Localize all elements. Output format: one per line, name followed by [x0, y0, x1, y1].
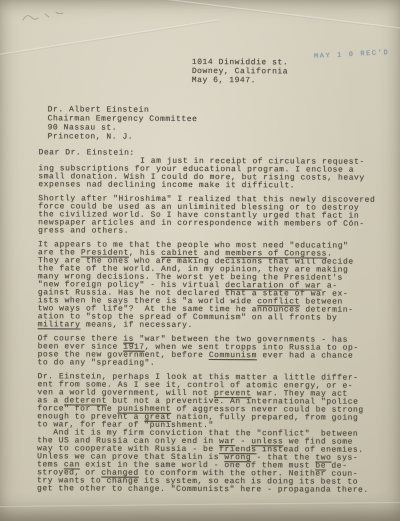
recipient-address-block: Dr. Albert EinsteinChairman Emergency Co…: [48, 105, 198, 142]
letter-content: 1014 Dinwiddie st.Downey, CaliforniaMay …: [0, 0, 400, 521]
paragraph-3: It appears to me that the people who mos…: [38, 241, 378, 330]
letter-page: MAY 1 0 REC'D 1014 Dinwiddie st.Downey, …: [0, 0, 400, 521]
sender-date-block: 1014 Dinwiddie st.Downey, CaliforniaMay …: [192, 58, 288, 85]
paragraph-6: And it is my firm conviction that the "c…: [37, 429, 377, 494]
paragraph-5: Dr. Einstein, perhaps I look at this mat…: [37, 373, 377, 430]
paragraph-2: Shortly after "Hiroshima" I realized tha…: [38, 195, 378, 236]
paragraph-4: Of course there is "war" between the two…: [38, 335, 378, 368]
letter-body: Dear Dr. Einstein: I am just in receipt …: [37, 149, 378, 494]
paragraph-1: I am just in receipt of circulars reques…: [38, 157, 378, 190]
